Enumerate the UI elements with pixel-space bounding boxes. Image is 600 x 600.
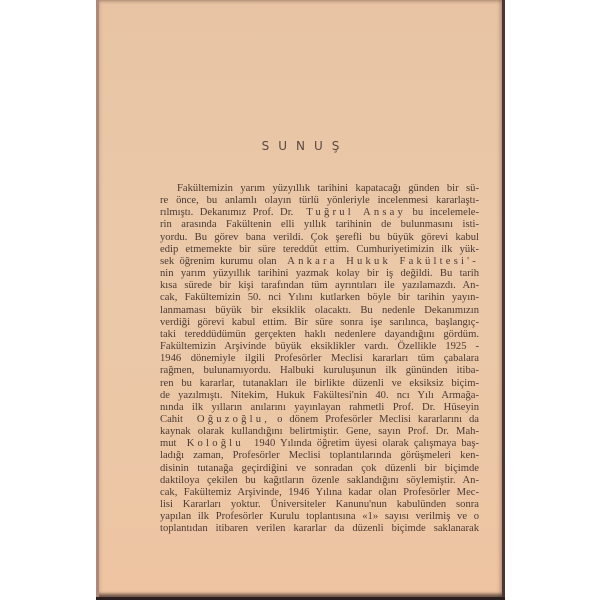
text-line: edip etmemekte bir süre tereddüt ettim. … [160,244,479,256]
text-line: kaynak olarak kullandığını belirtmiştir.… [160,426,479,438]
text-line: lanmaması büyük bir eksiklik olacaktı. B… [160,305,479,317]
author-name: Tuğrul Ansay [306,207,406,218]
person-name: Koloğlu [187,438,244,449]
text-line: disinin tutanağa geçirdiğini ve sonradan… [160,463,479,475]
text-line: verdiği görevi kabul ettim. Bir süre son… [160,317,479,329]
body-text: Fakültemizin yarım yüzyıllık tarihini ka… [160,183,479,536]
text-line: lisi Kararları yoktur. Üniversiteler Kan… [160,499,479,511]
text-line: ren bu kararlar, tutanakları ile birlikt… [160,378,479,390]
text-line: Fakültemizin Arşivinde büyük eksiklikler… [160,341,479,353]
text-line: nin yarım yüzyıllık tarihini yazmak kola… [160,268,479,280]
text-line: rağmen, bulunamıyordu. Halbuki kuruluşun… [160,365,479,377]
text-line: yapılan ilk Profesörler Kurulu toplantıs… [160,511,479,523]
page-gutter-shadow [96,0,99,597]
text-line: kısa sürede bir kişi tarafından tüm ayrı… [160,280,479,292]
text-line: Cahit Oğuzoğlu, o dönem Profesörler Mecl… [160,414,479,426]
text-line: toplantıdan itibaren verilen kararlar da… [160,523,479,535]
text-line: cak, Fakültemizin 50. nci Yılını kutlark… [160,292,479,304]
text-line: 1946 dönemiyle ilgili Profesörler Meclis… [160,353,479,365]
page-right-edge [502,0,505,597]
text-line: Fakültemizin yarım yüzyıllık tarihini ka… [160,183,479,195]
text-line: sek öğrenim kurumu olan Ankara Hukuk Fak… [160,256,479,268]
text-line: de yazılmıştı. Nitekim, Hukuk Fakültesi'… [160,390,479,402]
text-line: rılmıştı. Dekanımız Prof. Dr. Tuğrul Ans… [160,207,479,219]
text-line: nında ilk yılların anılarını yayınlayan … [160,402,479,414]
institution-name: Ankara Hukuk Fakültesi'- [287,256,479,267]
text-line: daktiloya çekilen bu kağıtların özenle s… [160,475,479,487]
book-page: SUNUŞ Fakültemizin yarım yüzyıllık tarih… [96,0,505,597]
text-line: taki tereddüdümün gerçekten haklı nedenl… [160,329,479,341]
page-title: SUNUŞ [96,139,505,153]
page-footer-mark: · 1 · · [276,525,306,533]
text-line: yordu. Bu görev bana verildi. Çok şerefl… [160,232,479,244]
person-name: Oğuzoğlu, [197,414,270,425]
text-line: cak, Fakültemiz Arşivinde, 1946 Yılına k… [160,487,479,499]
text-line: ladığı zaman, Profesörler Meclisi toplan… [160,450,479,462]
text-line: re önce, bu anlamlı olayın türlü yönleri… [160,195,479,207]
text-line: mut Koloğlu 1940 Yılında öğretim üyesi o… [160,438,479,450]
text-line: rin arasında Fakültenin elli yıllık tari… [160,219,479,231]
